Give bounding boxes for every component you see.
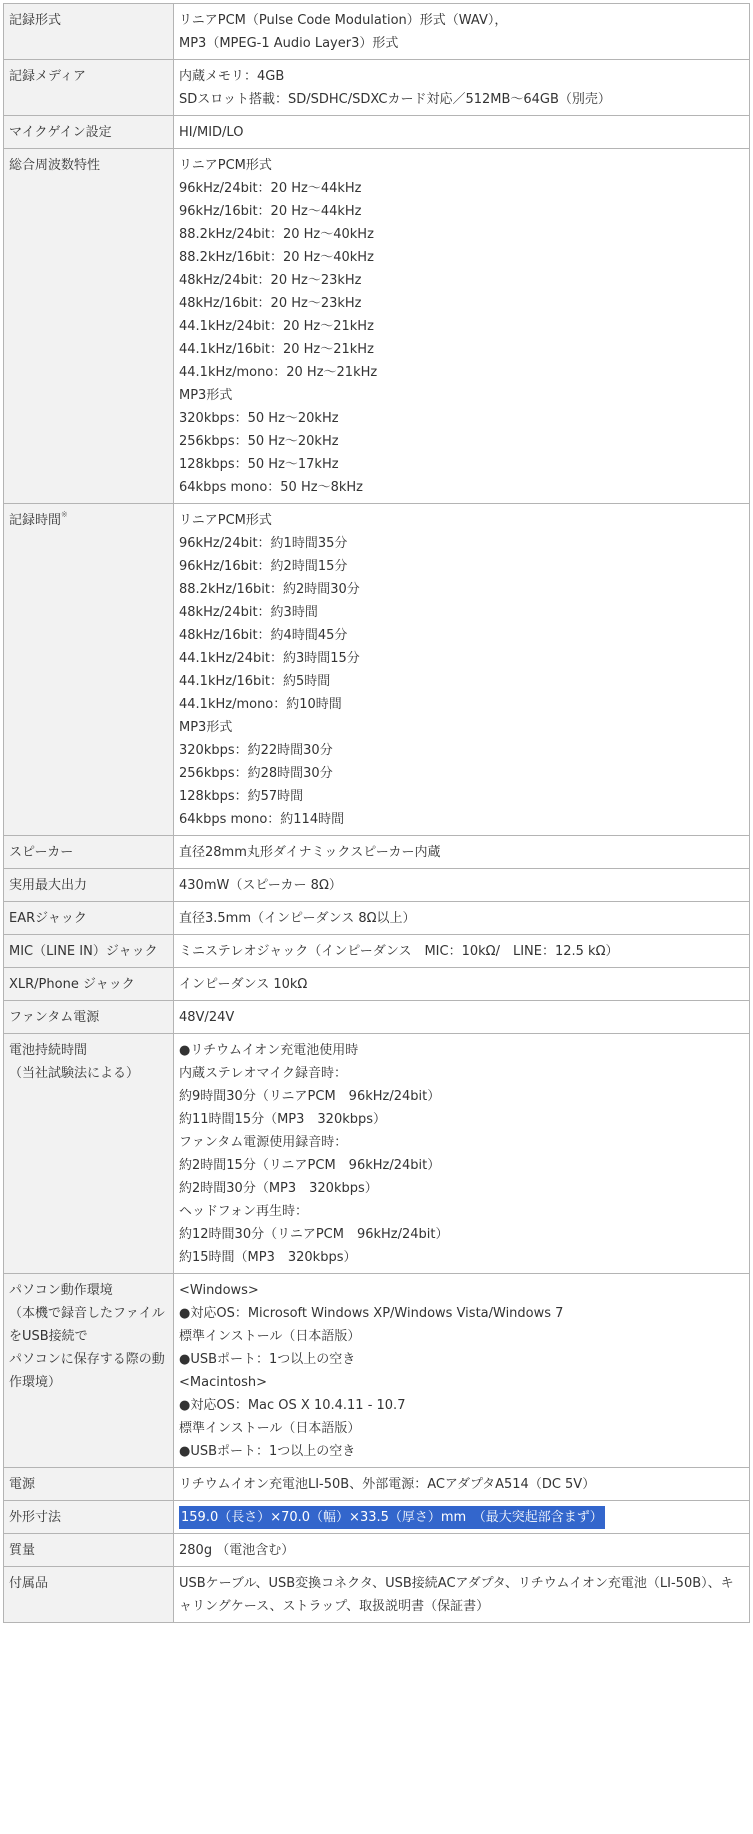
value-line: リニアPCM形式 [179,509,743,532]
value-line: ファンタム電源使用録音時： [179,1131,743,1154]
spec-value: 280g （電池含む） [174,1534,750,1567]
spec-value: リニアPCM形式 96kHz/24bit：20 Hz～44kHz 96kHz/1… [174,149,750,504]
value-line: リチウムイオン充電池LI-50B、外部電源：ACアダプタA514（DC 5V） [179,1473,743,1496]
value-line: 44.1kHz/mono：20 Hz～21kHz [179,361,743,384]
value-line: 約2時間30分（MP3 320kbps） [179,1177,743,1200]
spec-value: 内蔵メモリ：4GB SDスロット搭載：SD/SDHC/SDXCカード対応／512… [174,60,750,116]
footnote-mark: ※ [61,510,68,519]
value-line: 内蔵ステレオマイク録音時： [179,1062,743,1085]
spec-label: パソコン動作環境 （本機で録音したファイルをUSB接続で パソコンに保存する際の… [4,1274,174,1468]
value-line: 96kHz/16bit：20 Hz～44kHz [179,200,743,223]
value-line: 96kHz/24bit：約1時間35分 [179,532,743,555]
spec-label: 付属品 [4,1567,174,1623]
value-line: 96kHz/24bit：20 Hz～44kHz [179,177,743,200]
spec-row-accessories: 付属品 USBケーブル、USB変換コネクタ、USB接続ACアダプタ、リチウムイオ… [4,1567,750,1623]
value-line: HI/MID/LO [179,121,743,144]
value-line: 44.1kHz/24bit：20 Hz～21kHz [179,315,743,338]
value-line: 48kHz/24bit：20 Hz～23kHz [179,269,743,292]
label-text: XLR/Phone ジャック [9,973,167,996]
spec-value: 430mW（スピーカー 8Ω） [174,869,750,902]
label-text: ファンタム電源 [9,1006,167,1029]
spec-label: 電池持続時間 （当社試験法による） [4,1034,174,1274]
spec-row-recording-time: 記録時間※ リニアPCM形式 96kHz/24bit：約1時間35分 96kHz… [4,504,750,836]
spec-row-phantom-power: ファンタム電源 48V/24V [4,1001,750,1034]
spec-label: 質量 [4,1534,174,1567]
spec-value: インピーダンス 10kΩ [174,968,750,1001]
spec-label: ファンタム電源 [4,1001,174,1034]
label-text: 電池持続時間 [9,1039,167,1062]
value-line: 44.1kHz/16bit：約5時間 [179,670,743,693]
value-line: 64kbps mono：約114時間 [179,808,743,831]
spec-label: 総合周波数特性 [4,149,174,504]
value-line: 48V/24V [179,1006,743,1029]
spec-label: EARジャック [4,902,174,935]
spec-label: マイクゲイン設定 [4,116,174,149]
value-line: インピーダンス 10kΩ [179,973,743,996]
spec-value: リチウムイオン充電池LI-50B、外部電源：ACアダプタA514（DC 5V） [174,1468,750,1501]
value-line: リニアPCM（Pulse Code Modulation）形式（WAV）， [179,9,743,32]
value-line: 44.1kHz/mono：約10時間 [179,693,743,716]
spec-value: リニアPCM（Pulse Code Modulation）形式（WAV）， MP… [174,4,750,60]
spec-label: 記録メディア [4,60,174,116]
label-text: 実用最大出力 [9,874,167,897]
value-line: MP3（MPEG-1 Audio Layer3）形式 [179,32,743,55]
label-text: （当社試験法による） [9,1062,167,1085]
text-selection-highlight[interactable]: 159.0（長さ）×70.0（幅）×33.5（厚さ）mm （最大突起部含まず） [179,1506,605,1529]
spec-row-ear-jack: EARジャック 直径3.5mm（インピーダンス 8Ω以上） [4,902,750,935]
value-line: 直径28mm丸形ダイナミックスピーカー内蔵 [179,841,743,864]
value-line: ヘッドフォン再生時： [179,1200,743,1223]
spec-label: 記録時間※ [4,504,174,836]
value-line: MP3形式 [179,716,743,739]
spec-value: 直径28mm丸形ダイナミックスピーカー内蔵 [174,836,750,869]
value-line: 48kHz/16bit：20 Hz～23kHz [179,292,743,315]
label-text: EARジャック [9,907,167,930]
value-line: 44.1kHz/24bit：約3時間15分 [179,647,743,670]
spec-value: 直径3.5mm（インピーダンス 8Ω以上） [174,902,750,935]
spec-row-xlr-jack: XLR/Phone ジャック インピーダンス 10kΩ [4,968,750,1001]
label-text: MIC（LINE IN）ジャック [9,940,167,963]
value-line: 約11時間15分（MP3 320kbps） [179,1108,743,1131]
value-line: USBケーブル、USB変換コネクタ、USB接続ACアダプタ、リチウムイオン充電池… [179,1572,743,1618]
value-line: 430mW（スピーカー 8Ω） [179,874,743,897]
label-text: マイクゲイン設定 [9,121,167,144]
spec-row-frequency-response: 総合周波数特性 リニアPCM形式 96kHz/24bit：20 Hz～44kHz… [4,149,750,504]
value-line: <Macintosh> [179,1371,743,1394]
value-line: 96kHz/16bit：約2時間15分 [179,555,743,578]
label-text: パソコン動作環境 [9,1279,167,1302]
spec-row-recording-media: 記録メディア 内蔵メモリ：4GB SDスロット搭載：SD/SDHC/SDXCカー… [4,60,750,116]
value-line: 44.1kHz/16bit：20 Hz～21kHz [179,338,743,361]
spec-value: リニアPCM形式 96kHz/24bit：約1時間35分 96kHz/16bit… [174,504,750,836]
value-line: 64kbps mono：50 Hz～8kHz [179,476,743,499]
label-main: 記録時間 [9,513,61,528]
value-line: ●リチウムイオン充電池使用時 [179,1039,743,1062]
value-line: 320kbps：約22時間30分 [179,739,743,762]
spec-row-battery-life: 電池持続時間 （当社試験法による） ●リチウムイオン充電池使用時 内蔵ステレオマ… [4,1034,750,1274]
spec-value: ●リチウムイオン充電池使用時 内蔵ステレオマイク録音時： 約9時間30分（リニア… [174,1034,750,1274]
value-line: ●対応OS：Mac OS X 10.4.11 - 10.7 [179,1394,743,1417]
value-line: SDスロット搭載：SD/SDHC/SDXCカード対応／512MB～64GB（別売… [179,88,743,111]
value-line: 320kbps：50 Hz～20kHz [179,407,743,430]
label-text: 電源 [9,1473,167,1496]
value-line: 標準インストール（日本語版） [179,1417,743,1440]
label-text: （本機で録音したファイルをUSB接続で [9,1302,167,1348]
spec-label: 電源 [4,1468,174,1501]
value-line: 約15時間（MP3 320kbps） [179,1246,743,1269]
label-text: 記録形式 [9,9,167,32]
spec-row-max-output: 実用最大出力 430mW（スピーカー 8Ω） [4,869,750,902]
spec-table: 記録形式 リニアPCM（Pulse Code Modulation）形式（WAV… [3,3,750,1623]
value-line: MP3形式 [179,384,743,407]
label-text: 総合周波数特性 [9,154,167,177]
value-line: 標準インストール（日本語版） [179,1325,743,1348]
label-text: スピーカー [9,841,167,864]
spec-value: USBケーブル、USB変換コネクタ、USB接続ACアダプタ、リチウムイオン充電池… [174,1567,750,1623]
value-line: 280g （電池含む） [179,1539,743,1562]
spec-value: 159.0（長さ）×70.0（幅）×33.5（厚さ）mm （最大突起部含まず） [174,1501,750,1534]
label-text: 記録時間※ [9,509,167,532]
label-text: 記録メディア [9,65,167,88]
value-line: 約2時間15分（リニアPCM 96kHz/24bit） [179,1154,743,1177]
spec-row-mic-jack: MIC（LINE IN）ジャック ミニステレオジャック（インピーダンス MIC：… [4,935,750,968]
value-line: 48kHz/24bit：約3時間 [179,601,743,624]
spec-row-speaker: スピーカー 直径28mm丸形ダイナミックスピーカー内蔵 [4,836,750,869]
spec-label: MIC（LINE IN）ジャック [4,935,174,968]
value-line: 256kbps：50 Hz～20kHz [179,430,743,453]
spec-value: HI/MID/LO [174,116,750,149]
spec-row-weight: 質量 280g （電池含む） [4,1534,750,1567]
label-text: パソコンに保存する際の動作環境） [9,1348,167,1394]
spec-label: スピーカー [4,836,174,869]
value-line: 256kbps：約28時間30分 [179,762,743,785]
spec-row-mic-gain: マイクゲイン設定 HI/MID/LO [4,116,750,149]
spec-row-power-source: 電源 リチウムイオン充電池LI-50B、外部電源：ACアダプタA514（DC 5… [4,1468,750,1501]
spec-row-recording-format: 記録形式 リニアPCM（Pulse Code Modulation）形式（WAV… [4,4,750,60]
spec-label: 記録形式 [4,4,174,60]
value-line: ミニステレオジャック（インピーダンス MIC：10kΩ/ LINE：12.5 k… [179,940,743,963]
value-line: 48kHz/16bit：約4時間45分 [179,624,743,647]
spec-label: 外形寸法 [4,1501,174,1534]
spec-label: XLR/Phone ジャック [4,968,174,1001]
label-text: 付属品 [9,1572,167,1595]
value-line: 約12時間30分（リニアPCM 96kHz/24bit） [179,1223,743,1246]
value-line: 159.0（長さ）×70.0（幅）×33.5（厚さ）mm （最大突起部含まず） [179,1506,743,1529]
spec-row-pc-requirements: パソコン動作環境 （本機で録音したファイルをUSB接続で パソコンに保存する際の… [4,1274,750,1468]
value-line: <Windows> [179,1279,743,1302]
value-line: 88.2kHz/16bit：20 Hz～40kHz [179,246,743,269]
value-line: 約9時間30分（リニアPCM 96kHz/24bit） [179,1085,743,1108]
value-line: リニアPCM形式 [179,154,743,177]
value-line: ●対応OS：Microsoft Windows XP/Windows Vista… [179,1302,743,1325]
value-line: 128kbps：50 Hz～17kHz [179,453,743,476]
spec-value: 48V/24V [174,1001,750,1034]
value-line: ●USBポート：1つ以上の空き [179,1348,743,1371]
label-text: 質量 [9,1539,167,1562]
spec-value: ミニステレオジャック（インピーダンス MIC：10kΩ/ LINE：12.5 k… [174,935,750,968]
spec-row-dimensions: 外形寸法 159.0（長さ）×70.0（幅）×33.5（厚さ）mm （最大突起部… [4,1501,750,1534]
value-line: 内蔵メモリ：4GB [179,65,743,88]
value-line: 88.2kHz/16bit：約2時間30分 [179,578,743,601]
spec-value: <Windows> ●対応OS：Microsoft Windows XP/Win… [174,1274,750,1468]
label-text: 外形寸法 [9,1506,167,1529]
value-line: 直径3.5mm（インピーダンス 8Ω以上） [179,907,743,930]
value-line: ●USBポート：1つ以上の空き [179,1440,743,1463]
spec-label: 実用最大出力 [4,869,174,902]
value-line: 128kbps：約57時間 [179,785,743,808]
value-line: 88.2kHz/24bit：20 Hz～40kHz [179,223,743,246]
